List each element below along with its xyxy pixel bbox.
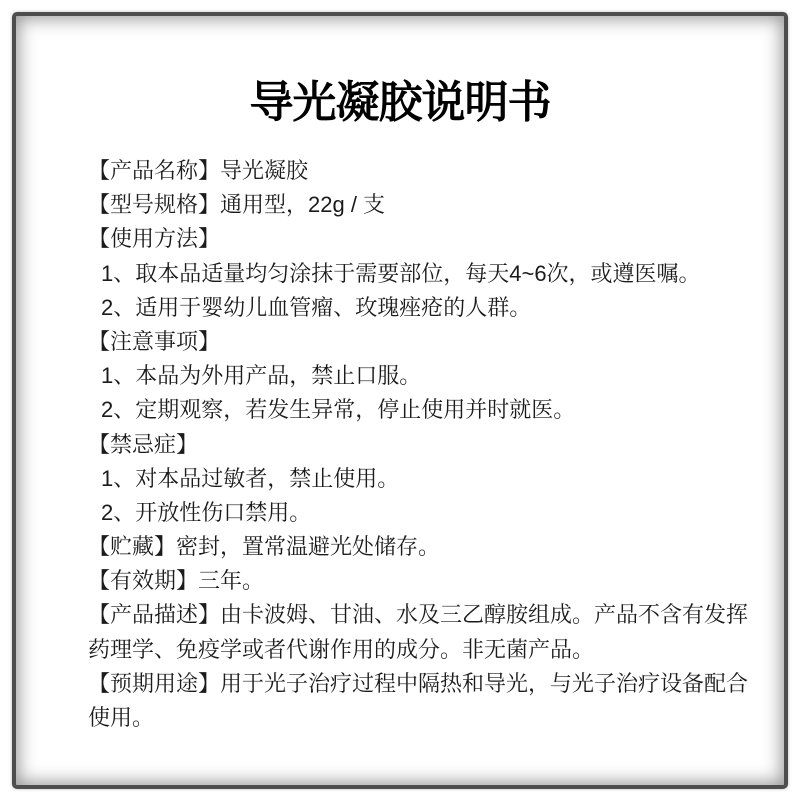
line-usage-header: 【使用方法】 [88,222,748,256]
line-intended-use-part-1: 【预期用途】用于光子治疗过程中隔热和导光，与光子治疗设备配合 [88,667,748,701]
line-product-name: 【产品名称】导光凝胶 [88,154,748,188]
line-shelf-life: 【有效期】三年。 [88,564,748,598]
line-contraindications-header: 【禁忌症】 [88,428,748,462]
line-storage: 【贮藏】密封，置常温避光处储存。 [88,530,748,564]
document-title: 导光凝胶说明书 [0,78,800,128]
line-intended-use-part-2: 使用。 [88,701,748,735]
instruction-leaflet-page: 导光凝胶说明书 【产品名称】导光凝胶 【型号规格】通用型，22g / 支 【使用… [0,0,800,800]
line-description-part-1: 【产品描述】由卡波姆、甘油、水及三乙醇胺组成。产品不含有发挥 [88,598,748,632]
document-body: 【产品名称】导光凝胶 【型号规格】通用型，22g / 支 【使用方法】 1、取本… [88,154,748,735]
line-usage-item-2: 2、适用于婴幼儿血管瘤、玫瑰痤疮的人群。 [88,291,748,325]
line-precautions-header: 【注意事项】 [88,325,748,359]
line-contraindication-1: 1、对本品过敏者，禁止使用。 [88,462,748,496]
line-model-spec: 【型号规格】通用型，22g / 支 [88,188,748,222]
line-description-part-2: 药理学、免疫学或者代谢作用的成分。非无菌产品。 [88,633,748,667]
line-precaution-1: 1、本品为外用产品，禁止口服。 [88,359,748,393]
line-contraindication-2: 2、开放性伤口禁用。 [88,496,748,530]
line-precaution-2: 2、定期观察，若发生异常，停止使用并时就医。 [88,393,748,427]
line-usage-item-1: 1、取本品适量均匀涂抹于需要部位，每天4~6次，或遵医嘱。 [88,257,748,291]
